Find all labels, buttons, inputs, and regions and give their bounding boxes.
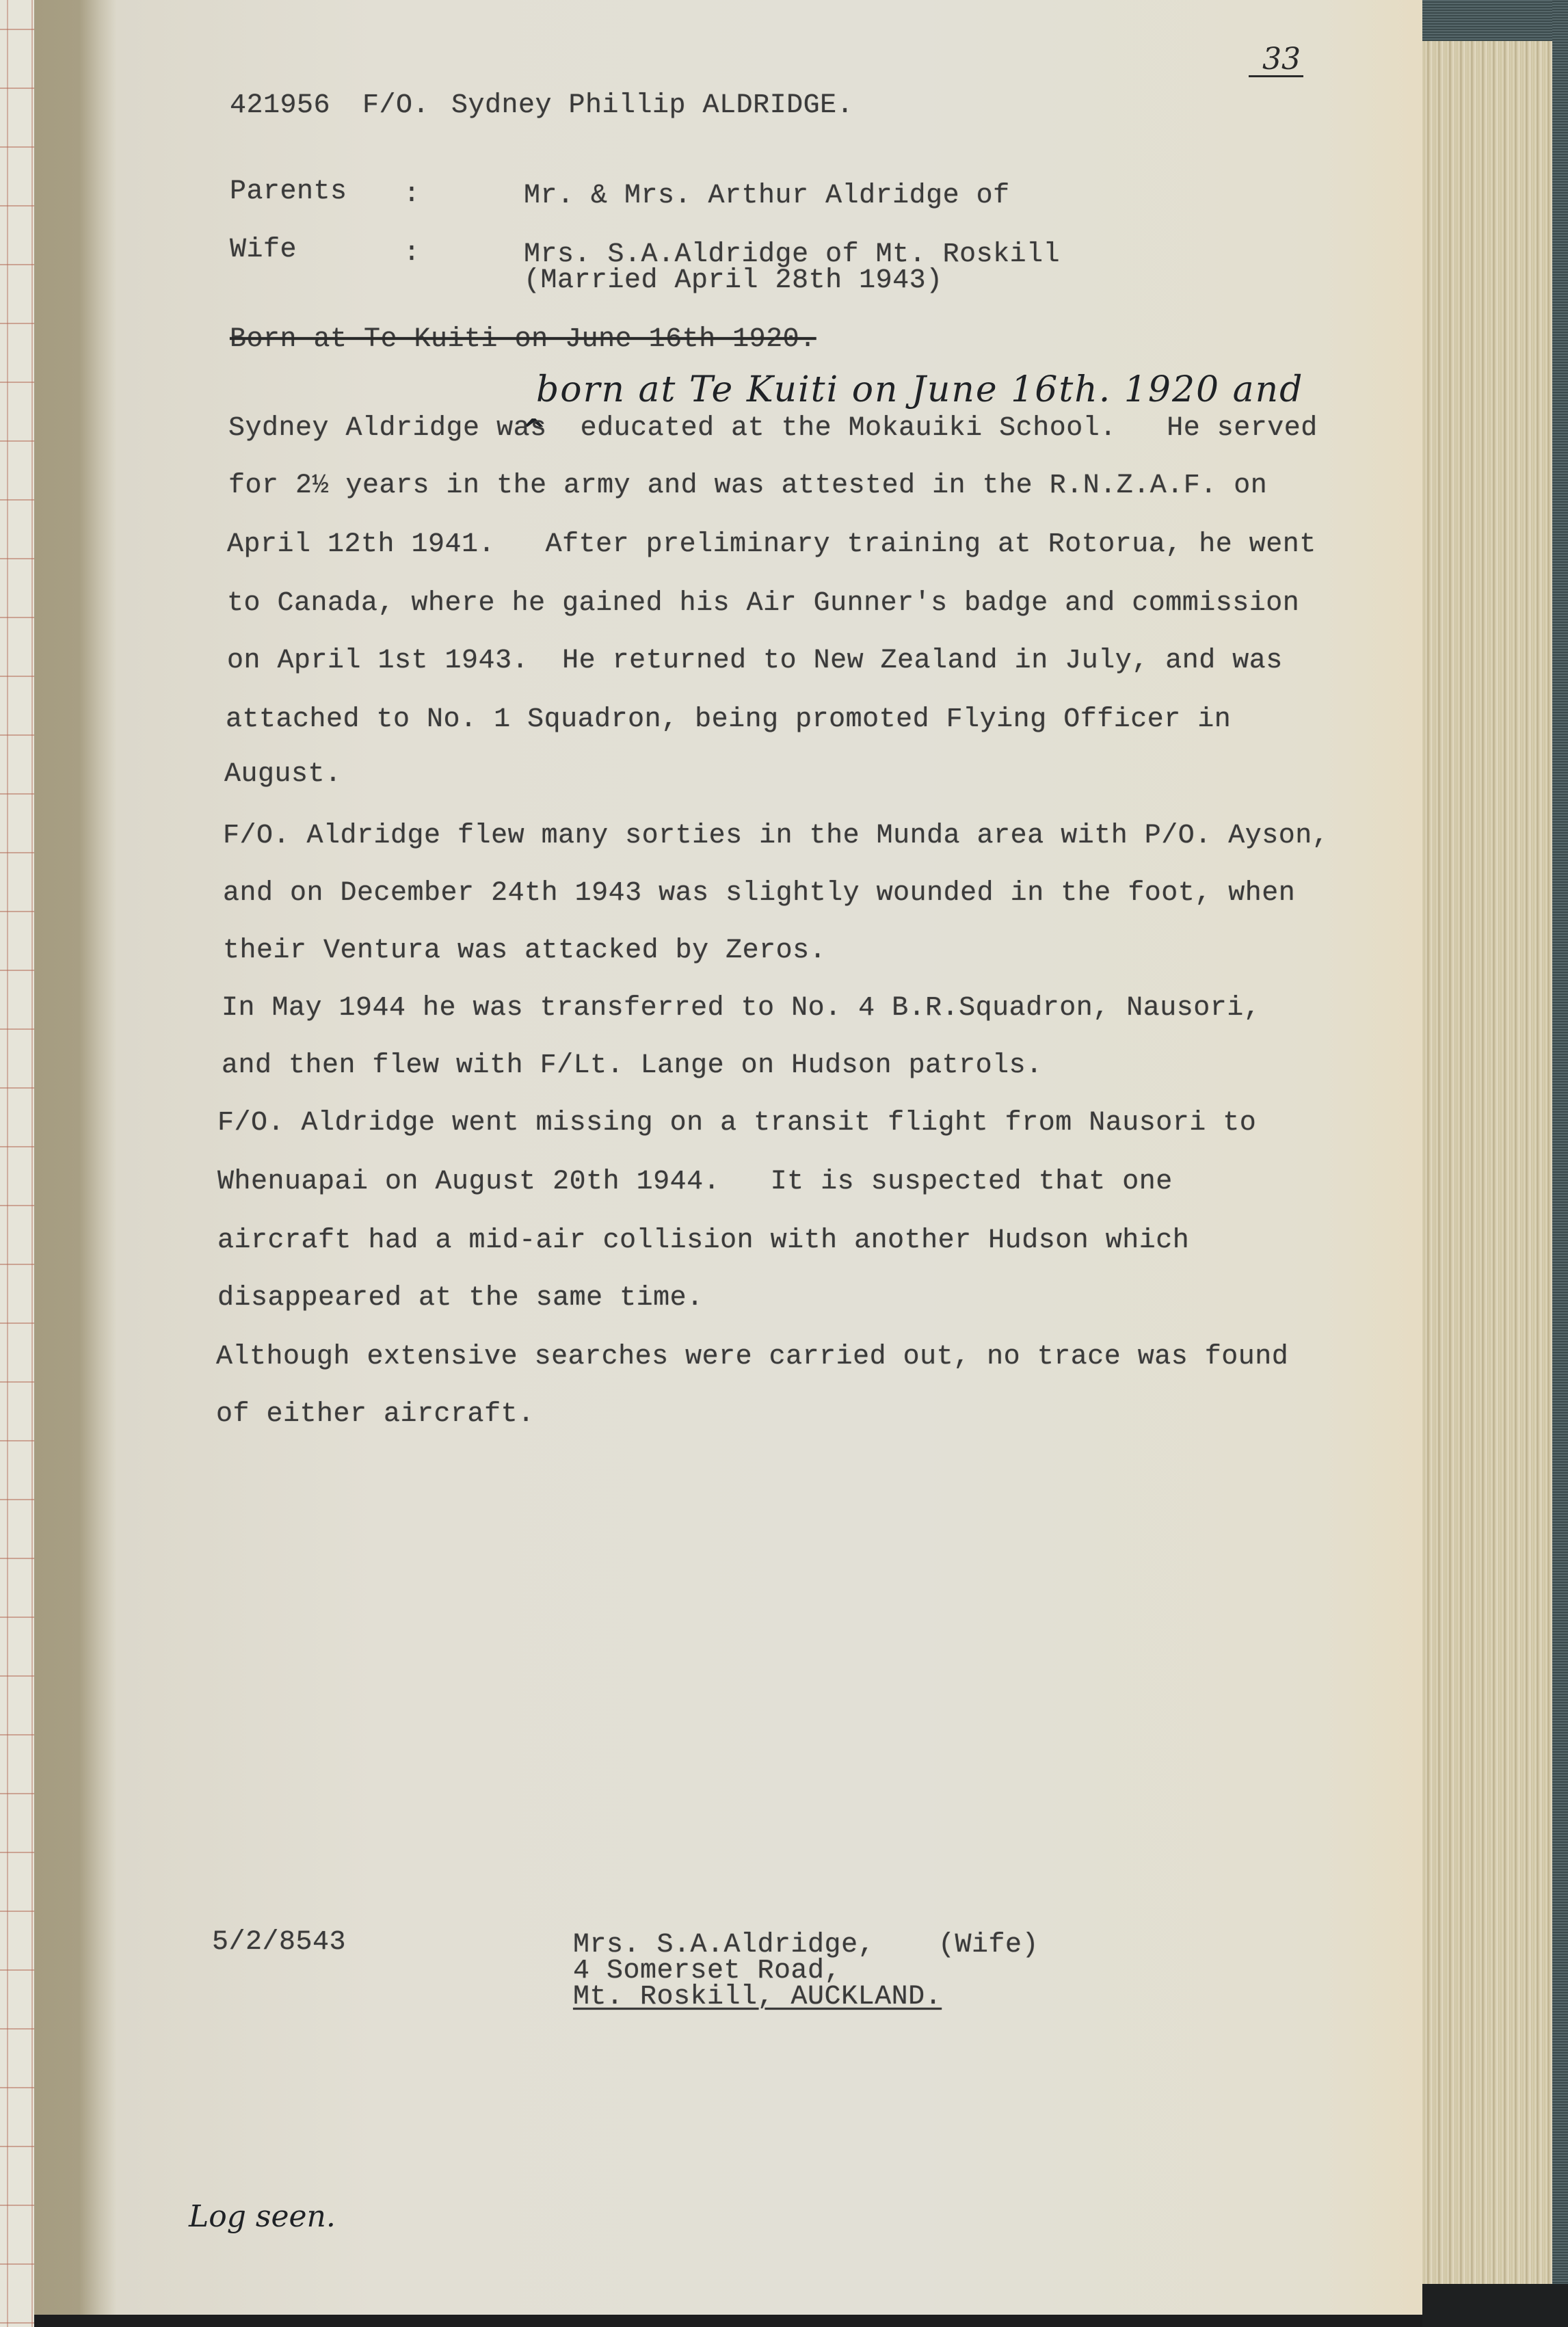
body-line: In May 1944 he was transferred to No. 4 … xyxy=(222,993,1260,1024)
book-cover-top xyxy=(1422,0,1568,41)
body-line: their Ventura was attacked by Zeros. xyxy=(223,935,826,966)
handwritten-insert: born at Te Kuiti on June 16th. 1920 and xyxy=(536,369,1303,410)
body-line: Sydney Aldridge was educated at the Moka… xyxy=(228,413,1318,444)
book-gutter xyxy=(34,0,116,2327)
book-cover-right xyxy=(1552,0,1568,2327)
service-number: 421956 xyxy=(230,90,330,121)
previous-page-edge xyxy=(0,0,35,2327)
body-line: Although extensive searches were carried… xyxy=(216,1342,1288,1372)
wife-colon: : xyxy=(403,238,421,269)
person-name: Sydney Phillip ALDRIDGE. xyxy=(451,90,853,121)
wife-label: Wife xyxy=(230,235,297,265)
body-line: F/O. Aldridge went missing on a transit … xyxy=(217,1108,1256,1139)
body-line: aircraft had a mid-air collision with an… xyxy=(217,1225,1189,1256)
body-line: attached to No. 1 Squadron, being promot… xyxy=(226,704,1231,735)
body-line: F/O. Aldridge flew many sorties in the M… xyxy=(223,821,1329,851)
body-line: to Canada, where he gained his Air Gunne… xyxy=(227,588,1299,619)
address-relation: (Wife) xyxy=(938,1930,1039,1960)
body-line: disappeared at the same time. xyxy=(217,1283,704,1314)
body-line: for 2½ years in the army and was atteste… xyxy=(228,470,1267,501)
parents-label: Parents xyxy=(230,176,347,207)
parents-value: Mr. & Mrs. Arthur Aldridge of xyxy=(524,181,1010,211)
parents-colon: : xyxy=(403,179,421,210)
body-line: and then flew with F/Lt. Lange on Hudson… xyxy=(222,1050,1043,1081)
body-line: Whenuapai on August 20th 1944. It is sus… xyxy=(217,1167,1173,1197)
handwritten-log-note: Log seen. xyxy=(189,2199,336,2234)
body-line: August. xyxy=(224,759,342,790)
book-cover-bottom xyxy=(1422,2284,1568,2327)
body-line: on April 1st 1943. He returned to New Ze… xyxy=(227,646,1283,676)
address-line3: Mt. Roskill, AUCKLAND. xyxy=(573,1982,942,2012)
body-line: and on December 24th 1943 was slightly w… xyxy=(223,878,1295,909)
file-reference: 5/2/8543 xyxy=(212,1927,346,1958)
wife-value-line2: (Married April 28th 1943) xyxy=(524,265,943,296)
body-line: April 12th 1941. After preliminary train… xyxy=(227,529,1316,560)
page-number: 33 xyxy=(1249,44,1303,77)
body-line: of either aircraft. xyxy=(216,1399,535,1430)
page-edges-stack xyxy=(1422,41,1552,2284)
page-bottom-edge xyxy=(34,2315,1422,2327)
rank: F/O. xyxy=(362,90,429,121)
struck-birth-line: Born at Te Kuiti on June 16th 1920. xyxy=(230,324,816,355)
